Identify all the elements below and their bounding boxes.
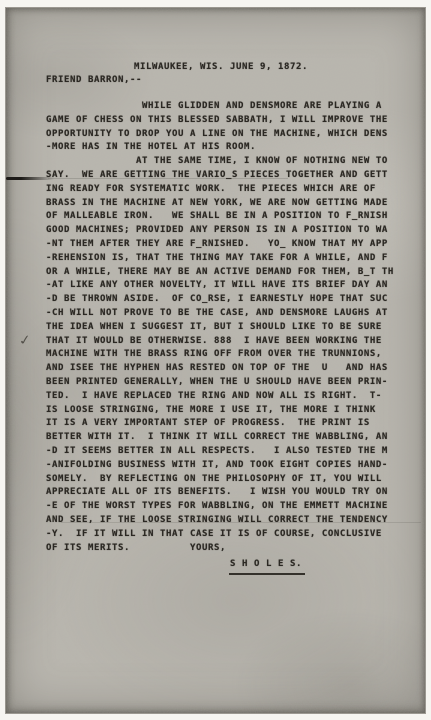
handwritten-tick-mark: ✓ [17, 332, 34, 349]
salutation: FRIEND BARRON,-- [46, 76, 142, 85]
letter-paper: ✓ MILWAUKEE, WIS. JUNE 9, 1872. FRIEND B… [5, 7, 426, 714]
letter-body: WHILE GLIDDEN AND DENSMORE ARE PLAYING A… [46, 100, 394, 555]
dateline: MILWAUKEE, WIS. JUNE 9, 1872. [134, 63, 308, 72]
letter-photograph: ✓ MILWAUKEE, WIS. JUNE 9, 1872. FRIEND B… [0, 0, 431, 720]
signature: S H O L E S. [229, 560, 305, 575]
